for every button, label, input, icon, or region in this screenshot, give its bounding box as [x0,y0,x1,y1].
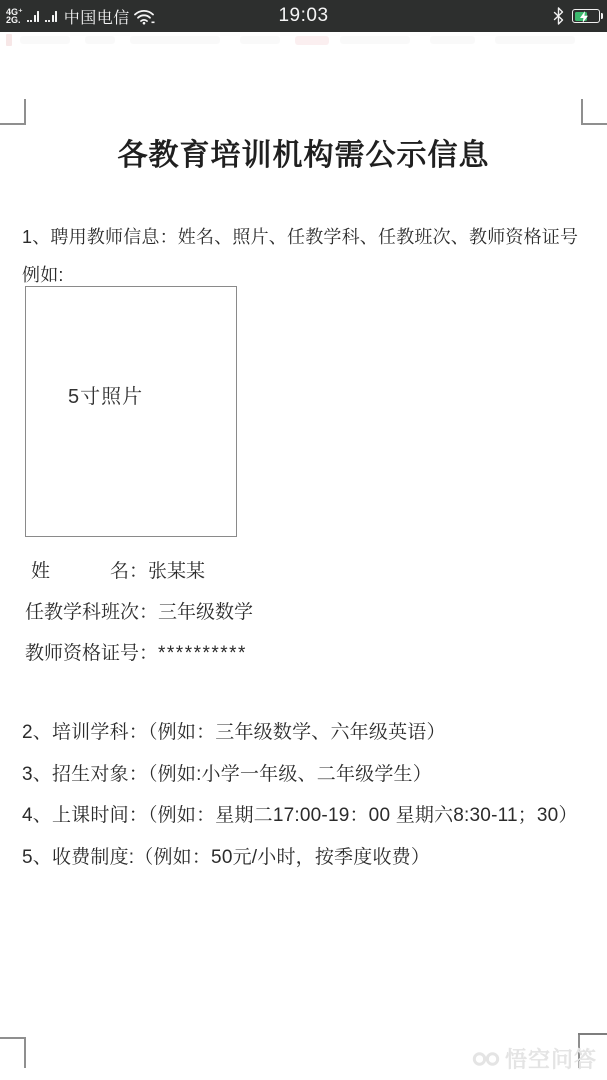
page-corner-mark-bottom-left [0,1037,26,1039]
page-corner-mark-bottom-left [24,1037,26,1068]
list-item-enrollment-target: 3、招生对象：（例如:小学一年级、二年级学生） [22,759,432,786]
name-label-left: 姓 [31,561,50,582]
wifi-icon [134,9,155,25]
page-corner-mark-top-left [24,99,26,125]
bluetooth-icon [553,7,564,25]
photo-placeholder-box: 5寸照片 [25,286,237,537]
page-corner-mark-top-left [0,123,26,125]
list-item-training-subjects: 2、培训学科：（例如：三年级数学、六年级英语） [22,717,446,744]
list-item-class-time: 4、上课时间：（例如：星期二17:00-19：00 星期六8:30-11；30） [22,800,578,827]
example-label: 例如: [22,261,64,287]
teacher-name-row: 姓名：张某某 [31,556,205,583]
watermark: 悟空问答 [472,1043,597,1074]
signal-bars-icon-sim2 [45,10,59,22]
signal-bars-icon-sim1 [27,10,41,22]
watermark-text: 悟空问答 [505,1043,597,1074]
page-corner-mark-bottom-right [578,1033,607,1035]
battery-charging-icon [572,9,600,23]
subject-value: 三年级数学 [158,602,253,623]
subject-label: 任教学科班次： [25,602,158,623]
network-type-badge: 4G⁺ 2G. [6,8,23,24]
cert-label: 教师资格证号： [25,643,158,664]
carrier-name: 中国电信 [64,5,130,28]
cert-value: ********** [158,643,247,664]
page-title: 各教育培训机构需公示信息 [0,130,607,174]
goggles-logo-icon [472,1051,500,1067]
page-corner-mark-top-right [581,123,607,125]
battery-tip [601,13,604,19]
name-value: 张某某 [148,561,205,582]
list-item-fee-policy: 5、收费制度:（例如：50元/小时，按季度收费） [22,842,430,869]
phone-screen: 4G⁺ 2G. 中国电信 19:03 [0,0,607,1080]
faded-toolbar-band [0,33,607,49]
name-label-right: 名： [110,561,148,582]
teaching-subject-row: 任教学科班次：三年级数学 [25,597,253,624]
photo-placeholder-label: 5寸照片 [68,380,143,409]
network-type-bottom: 2G. [6,16,23,24]
status-bar: 4G⁺ 2G. 中国电信 19:03 [0,0,607,32]
teacher-info-line: 1、聘用教师信息：姓名、照片、任教学科、任教班次、教师资格证号 [22,223,578,249]
charging-bolt-icon [579,11,589,23]
page-corner-mark-top-right [581,99,583,125]
teacher-cert-row: 教师资格证号：********** [25,638,247,665]
